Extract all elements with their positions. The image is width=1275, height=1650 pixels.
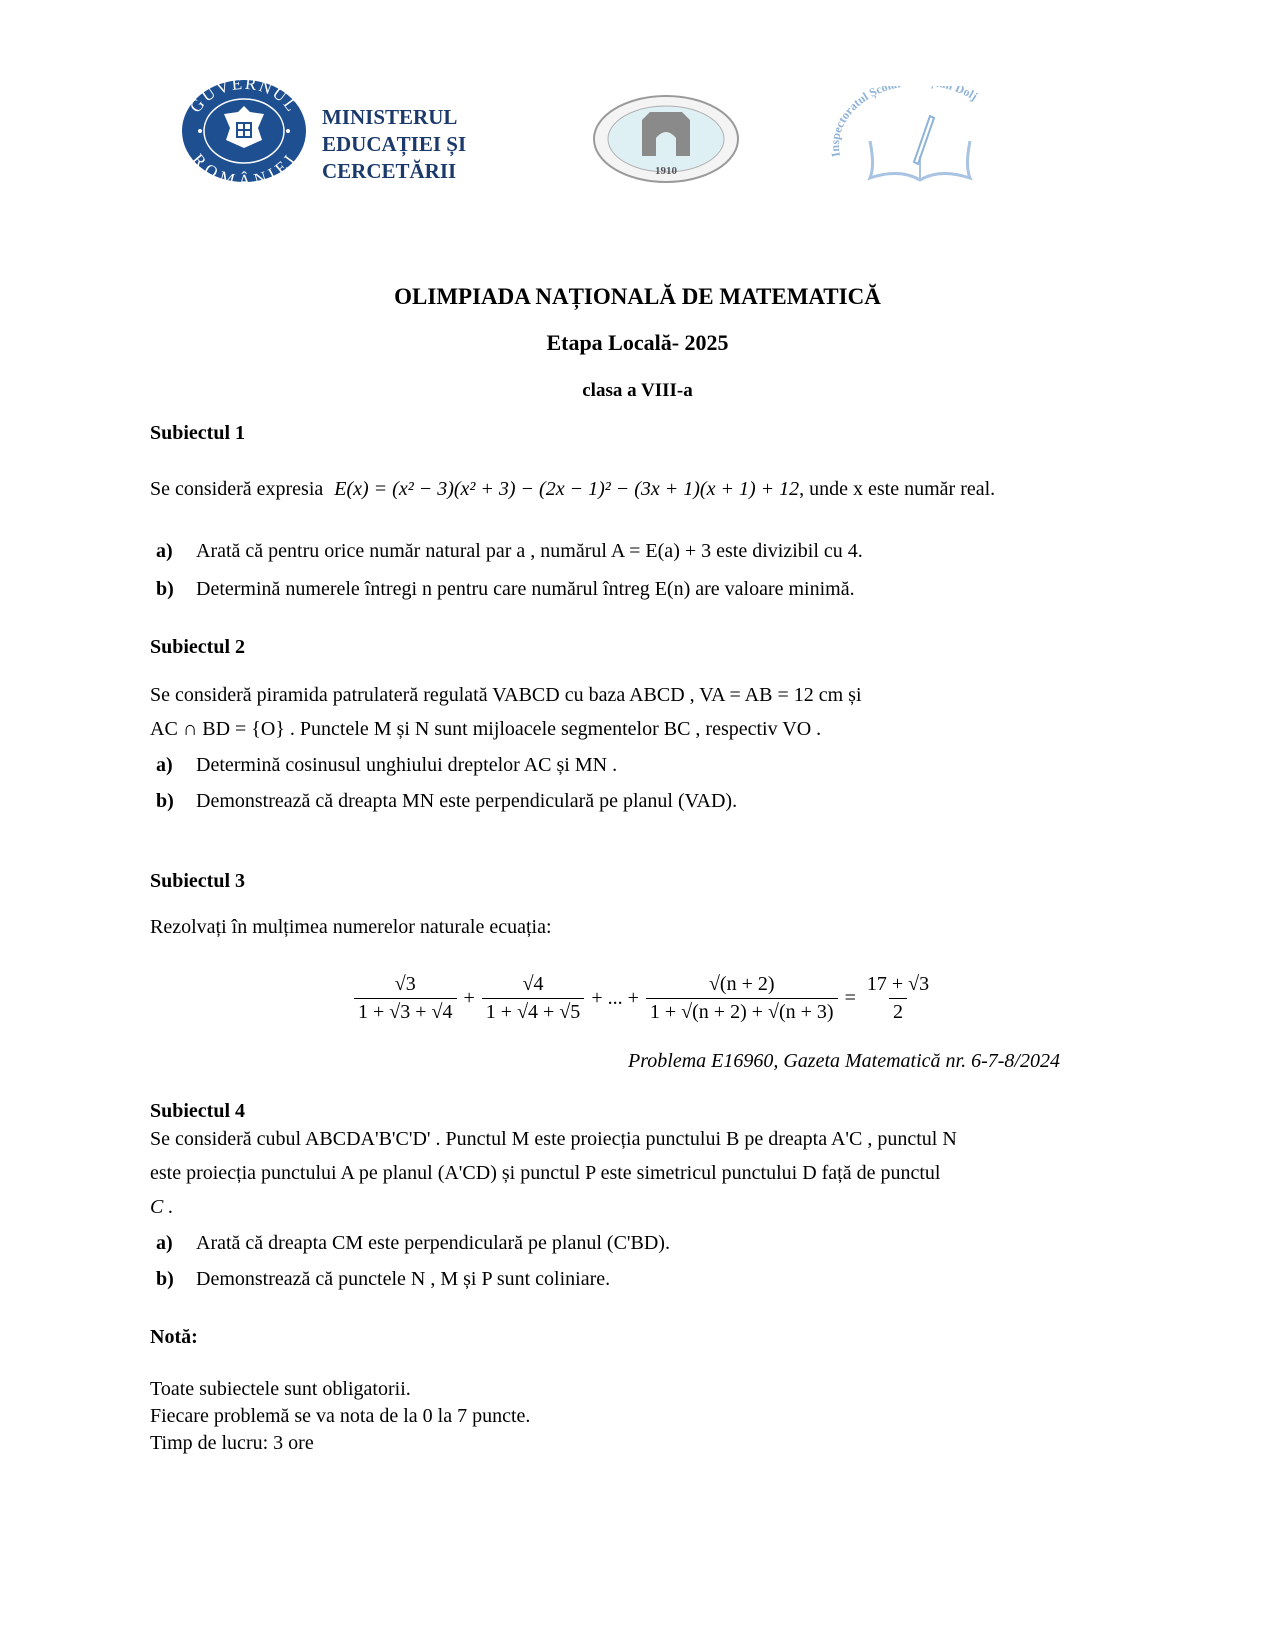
item-text: Arată că pentru orice număr natural par … [196, 540, 863, 562]
stage-title: Etapa Locală- 2025 [0, 330, 1275, 356]
item-text: Arată că dreapta CM este perpendiculară … [196, 1232, 670, 1254]
ministry-name: MINISTERUL EDUCAȚIEI ȘI CERCETĂRII [322, 104, 466, 185]
equation-term-n: √(n + 2) 1 + √(n + 2) + √(n + 3) [646, 973, 838, 1024]
ministry-line-2: EDUCAȚIEI ȘI [322, 131, 466, 158]
item-label: b) [156, 1268, 196, 1291]
subject-2-intro-line-2: AC ∩ BD = {O} . Punctele M și N sunt mij… [150, 718, 821, 741]
subject-4-intro-line-1: Se consideră cubul ABCDA'B'C'D' . Punctu… [150, 1128, 957, 1151]
subject-1-item-a: a)Arată că pentru orice număr natural pa… [156, 540, 863, 563]
equation-ellipsis: + ... + [591, 987, 639, 1010]
subject-1-intro-suffix: , unde x este număr real. [799, 478, 995, 500]
subject-1-expression: E(x) = (x² − 3)(x² + 3) − (2x − 1)² − (3… [334, 478, 799, 500]
equation-term-1: √3 1 + √3 + √4 [354, 973, 457, 1024]
subject-3-intro: Rezolvați în mulțimea numerelor naturale… [150, 916, 552, 939]
subject-4-intro-line-3: C . [150, 1196, 173, 1219]
subject-1-intro: Se consideră expresia E(x) = (x² − 3)(x²… [150, 478, 995, 501]
equation-term-2: √4 1 + √4 + √5 [482, 973, 585, 1024]
subject-3-heading: Subiectul 3 [150, 870, 245, 893]
subject-4-intro-line-2: este proiecția punctului A pe planul (A'… [150, 1162, 940, 1185]
item-text: Determină numerele întregi n pentru care… [196, 578, 855, 600]
ssm-romania-seal: 1910 [592, 94, 740, 184]
equation-rhs: 17 + √3 2 [863, 973, 933, 1024]
item-text: Determină cosinusul unghiului dreptelor … [196, 754, 617, 776]
item-label: b) [156, 578, 196, 601]
subject-2-intro-line-1: Se consideră piramida patrulateră regula… [150, 684, 862, 707]
svg-text:Inspectoratul Școlar Județean: Inspectoratul Școlar Județean Dolj [830, 86, 980, 158]
subject-3-source: Problema E16960, Gazeta Matematică nr. 6… [628, 1050, 1060, 1073]
subject-1-item-b: b)Determină numerele întregi n pentru ca… [156, 578, 855, 601]
svg-text:1910: 1910 [655, 165, 678, 177]
ministry-line-1: MINISTERUL [322, 104, 466, 131]
subject-2-item-b: b)Demonstrează că dreapta MN este perpen… [156, 790, 737, 813]
item-text: Demonstrează că dreapta MN este perpendi… [196, 790, 737, 812]
item-text: Demonstrează că punctele N , M și P sunt… [196, 1268, 610, 1290]
note-line: Timp de lucru: 3 ore [150, 1430, 530, 1457]
guvernul-romaniei-seal: GUVERNUL ROMÂNIEI [180, 78, 308, 184]
subject-2-item-a: a)Determină cosinusul unghiului dreptelo… [156, 754, 617, 777]
olympiad-title: OLIMPIADA NAȚIONALĂ DE MATEMATICĂ [0, 284, 1275, 310]
note-line: Toate subiectele sunt obligatorii. [150, 1376, 530, 1403]
item-label: b) [156, 790, 196, 813]
note-heading: Notă: [150, 1326, 198, 1349]
subject-1-heading: Subiectul 1 [150, 422, 245, 445]
item-label: a) [156, 1232, 196, 1255]
subject-4-item-a: a)Arată că dreapta CM este perpendicular… [156, 1232, 670, 1255]
subject-1-intro-prefix: Se consideră expresia [150, 478, 323, 500]
isj-dolj-logo: Inspectoratul Școlar Județean Dolj [830, 86, 1010, 186]
subject-4-heading: Subiectul 4 [150, 1100, 245, 1123]
subject-2-heading: Subiectul 2 [150, 636, 245, 659]
ministry-line-3: CERCETĂRII [322, 158, 466, 185]
item-label: a) [156, 540, 196, 563]
grade-title: clasa a VIII-a [0, 380, 1275, 402]
item-label: a) [156, 754, 196, 777]
subject-4-item-b: b)Demonstrează că punctele N , M și P su… [156, 1268, 610, 1291]
subject-3-equation: √3 1 + √3 + √4 + √4 1 + √4 + √5 + ... + … [350, 968, 937, 1028]
note-lines: Toate subiectele sunt obligatorii. Fieca… [150, 1376, 530, 1457]
note-line: Fiecare problemă se va nota de la 0 la 7… [150, 1403, 530, 1430]
